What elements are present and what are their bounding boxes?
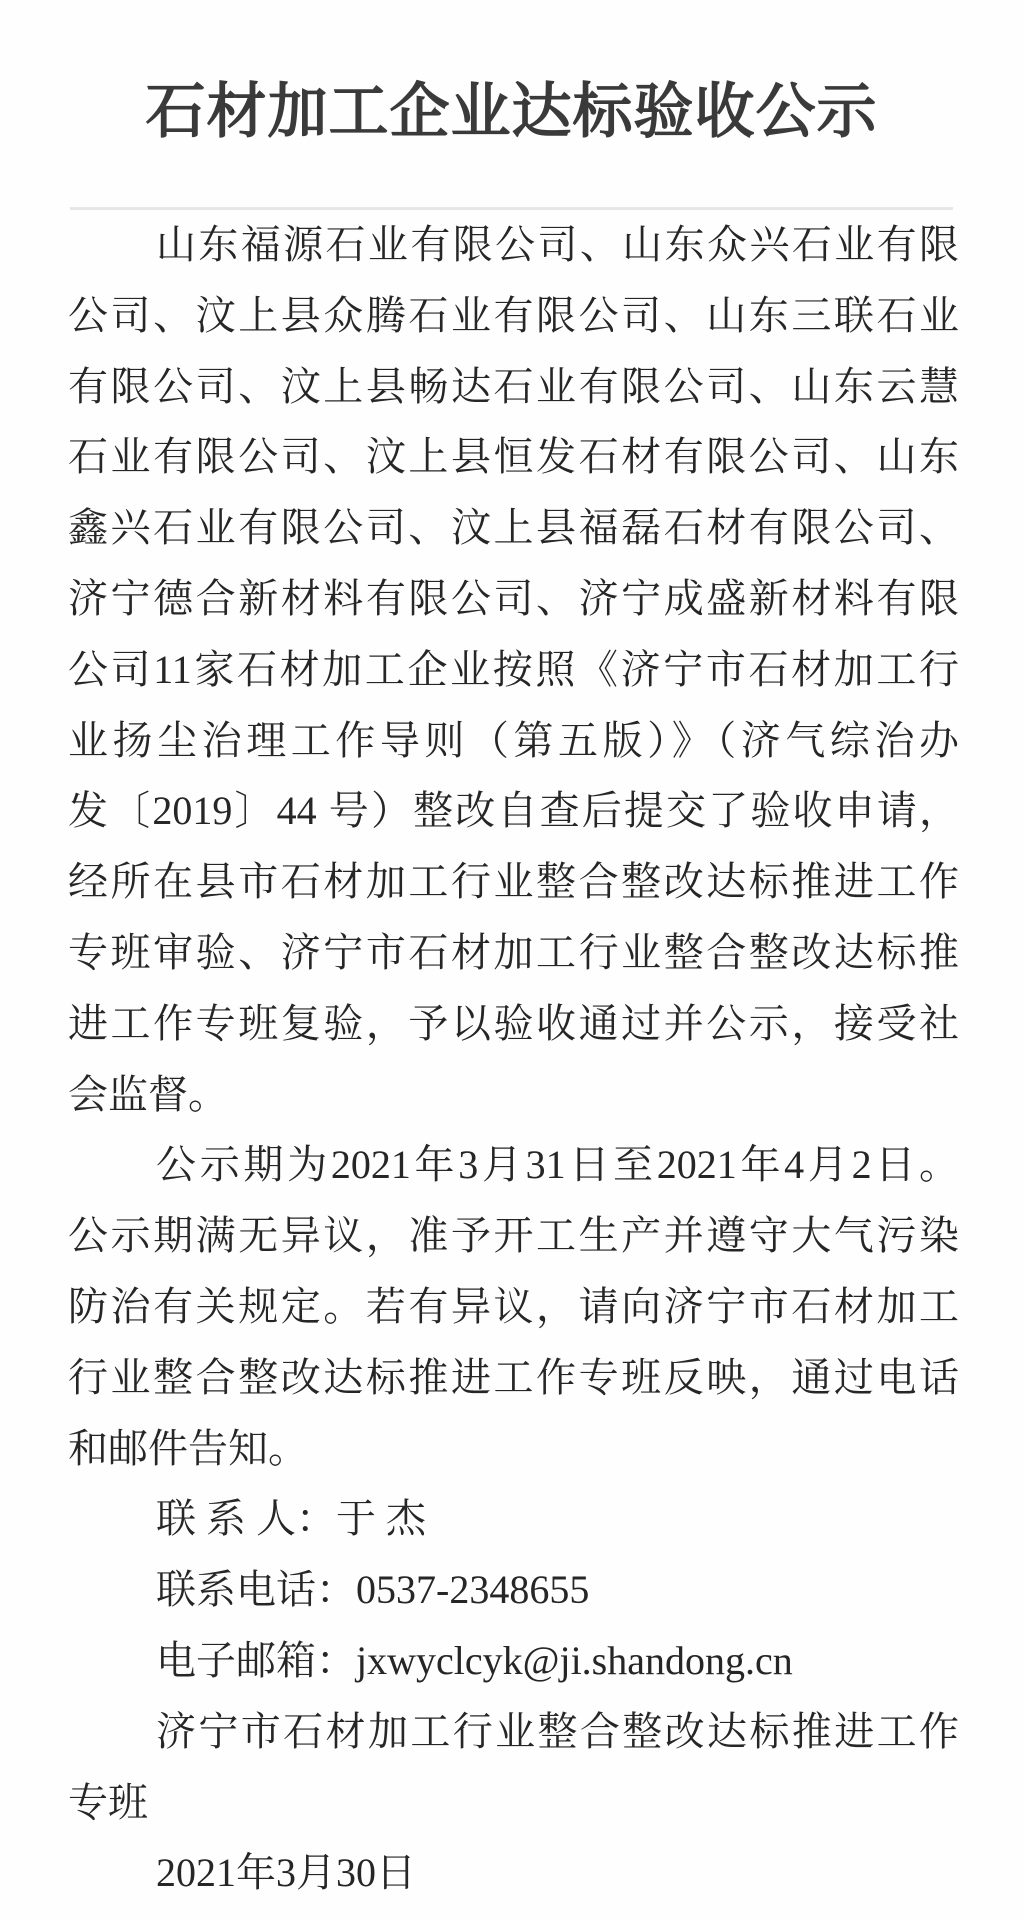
text-line: 济宁市石材加工行业整合整改达标推进工作 xyxy=(68,1697,959,1768)
text-line: 专班 xyxy=(68,1768,959,1839)
text-line: 会监督。 xyxy=(68,1060,959,1131)
text-line: 专班审验、济宁市石材加工行业整合整改达标推 xyxy=(68,918,959,989)
text-line: 进工作专班复验，予以验收通过并公示，接受社 xyxy=(68,989,959,1060)
notice-title: 石材加工企业达标验收公示 xyxy=(0,0,1023,154)
text-line: 有限公司、汶上县畅达石业有限公司、山东云慧 xyxy=(68,352,959,423)
text-line: 公司11家石材加工企业按照《济宁市石材加工行 xyxy=(68,635,959,706)
notice-body: 山东福源石业有限公司、山东众兴石业有限公司、汶上县众腾石业有限公司、山东三联石业… xyxy=(68,210,959,1909)
text-line: 防治有关规定。若有异议，请向济宁市石材加工 xyxy=(68,1272,959,1343)
text-line: 经所在县市石材加工行业整合整改达标推进工作 xyxy=(68,847,959,918)
text-line: 公示期为2021年3月31日至2021年4月2日。 xyxy=(68,1130,959,1201)
text-line: 联系电话：0537-2348655 xyxy=(68,1555,959,1626)
text-line: 鑫兴石业有限公司、汶上县福磊石材有限公司、 xyxy=(68,493,959,564)
text-line: 山东福源石业有限公司、山东众兴石业有限 xyxy=(68,210,959,281)
text-line: 和邮件告知。 xyxy=(68,1414,959,1485)
text-line: 公司、汶上县众腾石业有限公司、山东三联石业 xyxy=(68,281,959,352)
notice-page: 石材加工企业达标验收公示 山东福源石业有限公司、山东众兴石业有限公司、汶上县众腾… xyxy=(0,0,1023,1920)
text-line: 石业有限公司、汶上县恒发石材有限公司、山东 xyxy=(68,422,959,493)
text-line: 电子邮箱：jxwyclcyk@ji.shandong.cn xyxy=(68,1626,959,1697)
text-line: 行业整合整改达标推进工作专班反映，通过电话 xyxy=(68,1343,959,1414)
text-line: 发〔2019〕44 号）整改自查后提交了验收申请， xyxy=(68,776,959,847)
text-line: 济宁德合新材料有限公司、济宁成盛新材料有限 xyxy=(68,564,959,635)
text-line: 业扬尘治理工作导则（第五版）》（济气综治办 xyxy=(68,706,959,777)
text-line: 2021年3月30日 xyxy=(68,1838,959,1909)
text-line: 公示期满无异议，准予开工生产并遵守大气污染 xyxy=(68,1201,959,1272)
text-line: 联 系 人：于 杰 xyxy=(68,1484,959,1555)
